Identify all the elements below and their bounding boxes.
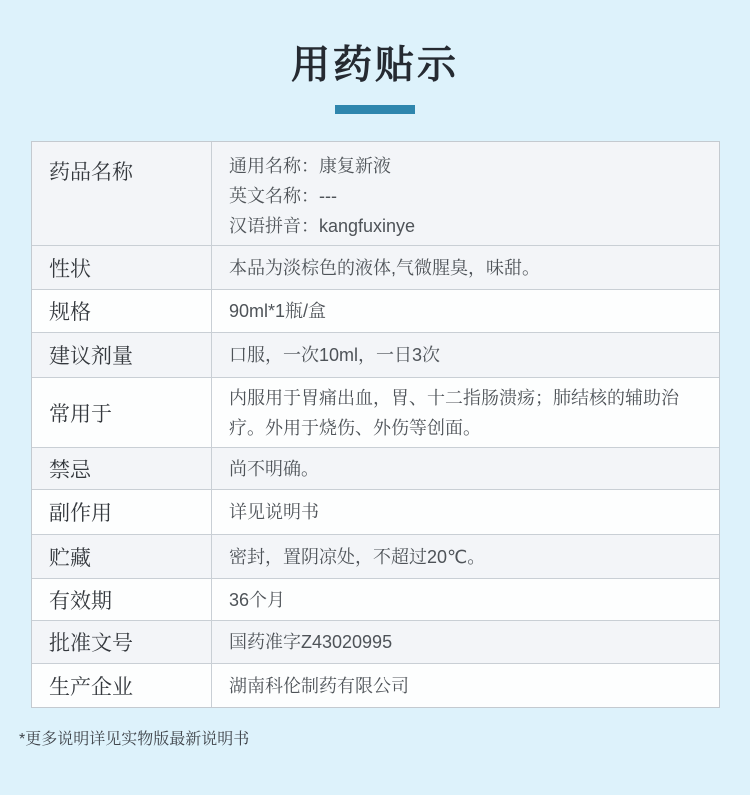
title-underline-bar xyxy=(335,105,415,114)
row-value: 90ml*1瓶/盒 xyxy=(212,292,719,330)
row-value-line: 湖南科伦制药有限公司 xyxy=(229,671,693,701)
table-row: 有效期36个月 xyxy=(32,578,719,620)
row-label: 规格 xyxy=(32,290,212,332)
row-label: 副作用 xyxy=(32,490,212,534)
row-value-line: 英文名称：--- xyxy=(229,181,693,211)
table-row: 药品名称通用名称：康复新液英文名称：---汉语拼音：kangfuxinye xyxy=(32,142,719,245)
row-value-line: 本品为淡棕色的液体,气微腥臭，味甜。 xyxy=(229,253,693,283)
row-label: 药品名称 xyxy=(32,142,212,245)
row-label: 禁忌 xyxy=(32,448,212,489)
table-row: 批准文号国药准字Z43020995 xyxy=(32,620,719,663)
page-title: 用药贴示 xyxy=(0,34,750,90)
row-value-line: 90ml*1瓶/盒 xyxy=(229,296,693,326)
row-value-line: 内服用于胃痛出血，胃、十二指肠溃疡；肺结核的辅助治疗。外用于烧伤、外伤等创面。 xyxy=(229,383,693,443)
row-value: 密封，置阴凉处，不超过20℃。 xyxy=(212,538,719,576)
row-value-line: 通用名称：康复新液 xyxy=(229,151,693,181)
row-label: 生产企业 xyxy=(32,664,212,707)
footnote: *更多说明详见实物版最新说明书 xyxy=(19,726,249,749)
table-row: 贮藏密封，置阴凉处，不超过20℃。 xyxy=(32,534,719,578)
row-value: 内服用于胃痛出血，胃、十二指肠溃疡；肺结核的辅助治疗。外用于烧伤、外伤等创面。 xyxy=(212,379,719,447)
row-label: 有效期 xyxy=(32,579,212,620)
row-value: 湖南科伦制药有限公司 xyxy=(212,667,719,705)
info-table: 药品名称通用名称：康复新液英文名称：---汉语拼音：kangfuxinye性状本… xyxy=(31,141,720,708)
row-value: 36个月 xyxy=(212,581,719,619)
row-value: 尚不明确。 xyxy=(212,450,719,488)
row-value-line: 口服，一次10ml，一日3次 xyxy=(229,340,693,370)
table-row: 禁忌尚不明确。 xyxy=(32,447,719,489)
row-value-line: 尚不明确。 xyxy=(229,454,693,484)
row-label: 建议剂量 xyxy=(32,333,212,377)
row-value-line: 36个月 xyxy=(229,585,693,615)
table-row: 建议剂量口服，一次10ml，一日3次 xyxy=(32,332,719,377)
row-label: 常用于 xyxy=(32,378,212,447)
row-value-line: 详见说明书 xyxy=(229,497,693,527)
table-row: 生产企业湖南科伦制药有限公司 xyxy=(32,663,719,707)
row-value-line: 国药准字Z43020995 xyxy=(229,627,693,657)
row-value: 口服，一次10ml，一日3次 xyxy=(212,336,719,374)
table-row: 规格90ml*1瓶/盒 xyxy=(32,289,719,332)
row-value: 本品为淡棕色的液体,气微腥臭，味甜。 xyxy=(212,249,719,287)
row-label: 批准文号 xyxy=(32,621,212,663)
table-row: 性状本品为淡棕色的液体,气微腥臭，味甜。 xyxy=(32,245,719,289)
table-row: 常用于内服用于胃痛出血，胃、十二指肠溃疡；肺结核的辅助治疗。外用于烧伤、外伤等创… xyxy=(32,377,719,447)
row-value-line: 汉语拼音：kangfuxinye xyxy=(229,211,693,241)
row-label: 性状 xyxy=(32,246,212,289)
row-value: 国药准字Z43020995 xyxy=(212,623,719,661)
row-value: 通用名称：康复新液英文名称：---汉语拼音：kangfuxinye xyxy=(212,142,719,245)
row-value-line: 密封，置阴凉处，不超过20℃。 xyxy=(229,542,693,572)
table-row: 副作用详见说明书 xyxy=(32,489,719,534)
row-value: 详见说明书 xyxy=(212,493,719,531)
row-label: 贮藏 xyxy=(32,535,212,578)
